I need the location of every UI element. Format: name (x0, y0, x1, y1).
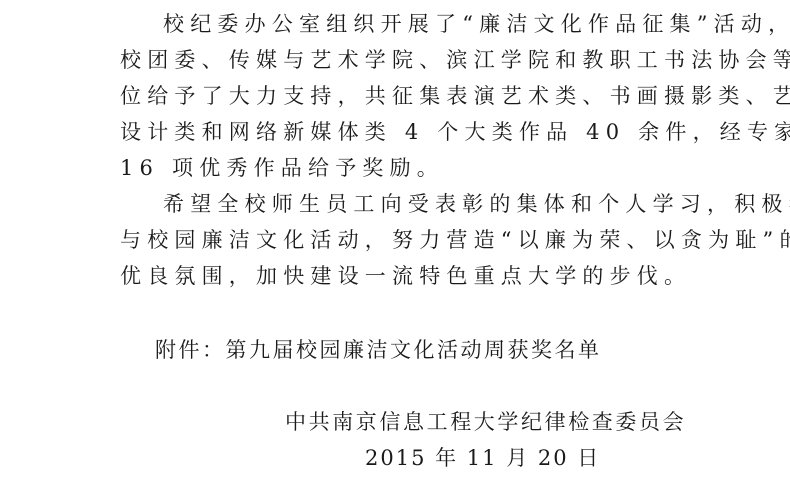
paragraph-line: 位给予了大力支持，共征集表演艺术类、书画摄影类、艺术 (120, 82, 790, 110)
paragraph-line: 设计类和网络新媒体类 4 个大类作品 40 余件，经专家评出 (120, 118, 790, 146)
signature-organization: 中共南京信息工程大学纪律检查委员会 (285, 408, 686, 436)
paragraph-line: 优良氛围，加快建设一流特色重点大学的步伐。 (120, 262, 691, 290)
signature-date: 2015 年 11 月 20 日 (365, 444, 600, 472)
paragraph-line: 希望全校师生员工向受表彰的集体和个人学习，积极参 (163, 190, 790, 218)
paragraph-line: 与校园廉洁文化活动，努力营造“以廉为荣、以贪为耻”的 (120, 226, 790, 254)
paragraph-line: 16 项优秀作品给予奖励。 (120, 154, 444, 182)
paragraph-line: 校纪委办公室组织开展了“廉洁文化作品征集”活动， (163, 10, 790, 38)
attachment-note: 附件：第九届校园廉洁文化活动周获奖名单 (155, 336, 602, 364)
paragraph-line: 校团委、传媒与艺术学院、滨江学院和教职工书法协会等单 (120, 46, 790, 74)
